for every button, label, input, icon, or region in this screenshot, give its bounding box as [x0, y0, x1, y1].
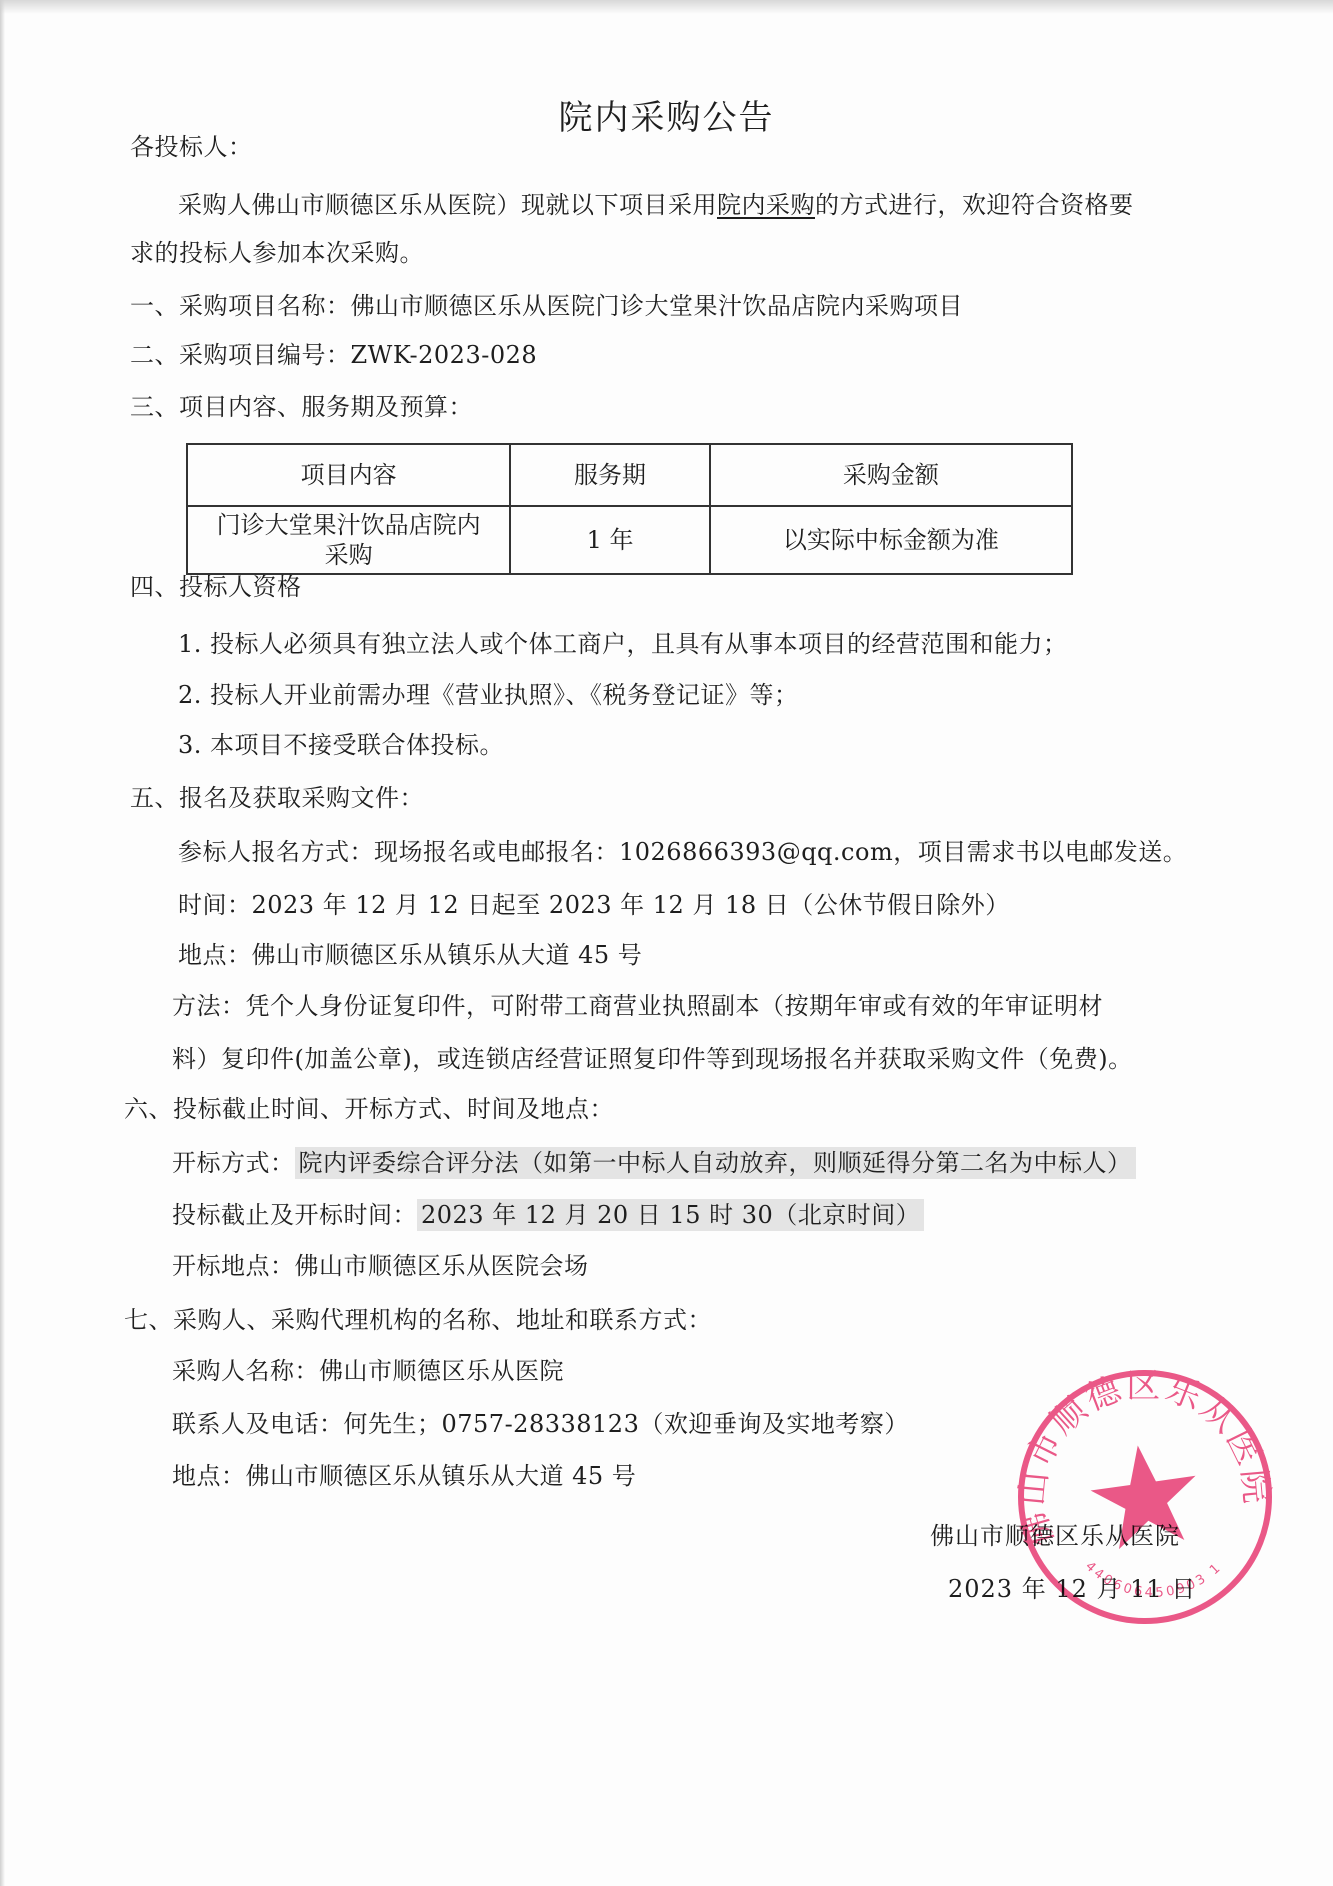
registration-method-line-1: 方法：凭个人身份证复印件，可附带工商营业执照副本（按期年审或有效的年审证明材 [172, 991, 1103, 1021]
table-cell-content: 门诊大堂果汁饮品店院内 采购 [187, 506, 510, 574]
registration-time: 时间：2023 年 12 月 12 日起至 2023 年 12 月 18 日（公… [178, 890, 1010, 920]
qualification-item-3: 3. 本项目不接受联合体投标。 [178, 730, 504, 760]
intro-text-before: 采购人佛山市顺德区乐从医院）现就以下项目采用 [178, 191, 717, 219]
bid-deadline-label: 投标截止及开标时间： [172, 1201, 417, 1229]
bid-deadline-value: 2023 年 12 月 20 日 15 时 30（北京时间） [417, 1199, 924, 1231]
section-4-heading: 四、投标人资格 [130, 572, 302, 602]
seal-star-icon [1085, 1438, 1204, 1552]
registration-method: 参标人报名方式：现场报名或电邮报名：1026866393@qq.com，项目需求… [178, 837, 1187, 867]
table-header-content: 项目内容 [187, 444, 510, 506]
contact-info: 联系人及电话：何先生；0757-28338123（欢迎垂询及实地考察） [172, 1409, 909, 1439]
qualification-item-2: 2. 投标人开业前需办理《营业执照》、《税务登记证》等； [178, 680, 799, 710]
bid-venue: 开标地点：佛山市顺德区乐从医院会场 [172, 1251, 589, 1281]
content-line-2: 采购 [194, 540, 503, 570]
scan-edge-left [0, 0, 5, 1886]
intro-line-2: 求的投标人参加本次采购。 [130, 238, 424, 268]
svg-text:440606450903 1: 440606450903 1 [1082, 1559, 1225, 1601]
table-cell-amount: 以实际中标金额为准 [710, 506, 1072, 574]
intro-underlined-term: 院内采购 [717, 191, 815, 219]
scan-edge-top [0, 0, 1333, 14]
seal-code: 440606450903 1 [1082, 1559, 1225, 1601]
intro-text-after: 的方式进行，欢迎符合资格要 [815, 191, 1134, 219]
registration-method-line-2: 料）复印件(加盖公章)，或连锁店经营证照复印件等到现场报名并获取采购文件（免费)… [172, 1044, 1133, 1074]
section-5-heading: 五、报名及获取采购文件： [130, 783, 424, 813]
purchaser-name: 采购人名称：佛山市顺德区乐从医院 [172, 1356, 564, 1386]
section-1-project-name: 一、采购项目名称：佛山市顺德区乐从医院门诊大堂果汁饮品店院内采购项目 [130, 291, 963, 321]
purchaser-address: 地点：佛山市顺德区乐从镇乐从大道 45 号 [172, 1461, 636, 1491]
table-header-row: 项目内容 服务期 采购金额 [187, 444, 1072, 506]
section-2-project-number: 二、采购项目编号：ZWK-2023-028 [130, 340, 537, 370]
qualification-item-1: 1. 投标人必须具有独立法人或个体工商户，且具有从事本项目的经营范围和能力； [178, 629, 1068, 659]
section-7-heading: 七、采购人、采购代理机构的名称、地址和联系方式： [124, 1305, 712, 1335]
table-cell-period: 1 年 [510, 506, 710, 574]
table-header-amount: 采购金额 [710, 444, 1072, 506]
bid-method: 开标方式：院内评委综合评分法（如第一中标人自动放弃，则顺延得分第二名为中标人） [172, 1148, 1136, 1178]
section-6-heading: 六、投标截止时间、开标方式、时间及地点： [124, 1094, 614, 1124]
content-line-1: 门诊大堂果汁饮品店院内 [194, 510, 503, 540]
bid-method-value: 院内评委综合评分法（如第一中标人自动放弃，则顺延得分第二名为中标人） [295, 1147, 1136, 1179]
intro-line-1: 采购人佛山市顺德区乐从医院）现就以下项目采用院内采购的方式进行，欢迎符合资格要 [178, 190, 1134, 220]
bid-method-label: 开标方式： [172, 1149, 295, 1177]
table-row: 门诊大堂果汁饮品店院内 采购 1 年 以实际中标金额为准 [187, 506, 1072, 574]
registration-location: 地点：佛山市顺德区乐从镇乐从大道 45 号 [178, 940, 642, 970]
salutation: 各投标人： [130, 132, 253, 162]
bid-deadline: 投标截止及开标时间：2023 年 12 月 20 日 15 时 30（北京时间） [172, 1200, 924, 1230]
project-table: 项目内容 服务期 采购金额 门诊大堂果汁饮品店院内 采购 1 年 以实际中标金额… [186, 443, 1073, 575]
section-3-heading: 三、项目内容、服务期及预算： [130, 392, 473, 422]
table-header-period: 服务期 [510, 444, 710, 506]
official-seal-icon: 佛山市顺德区乐从医院 440606450903 1 [1015, 1367, 1275, 1627]
